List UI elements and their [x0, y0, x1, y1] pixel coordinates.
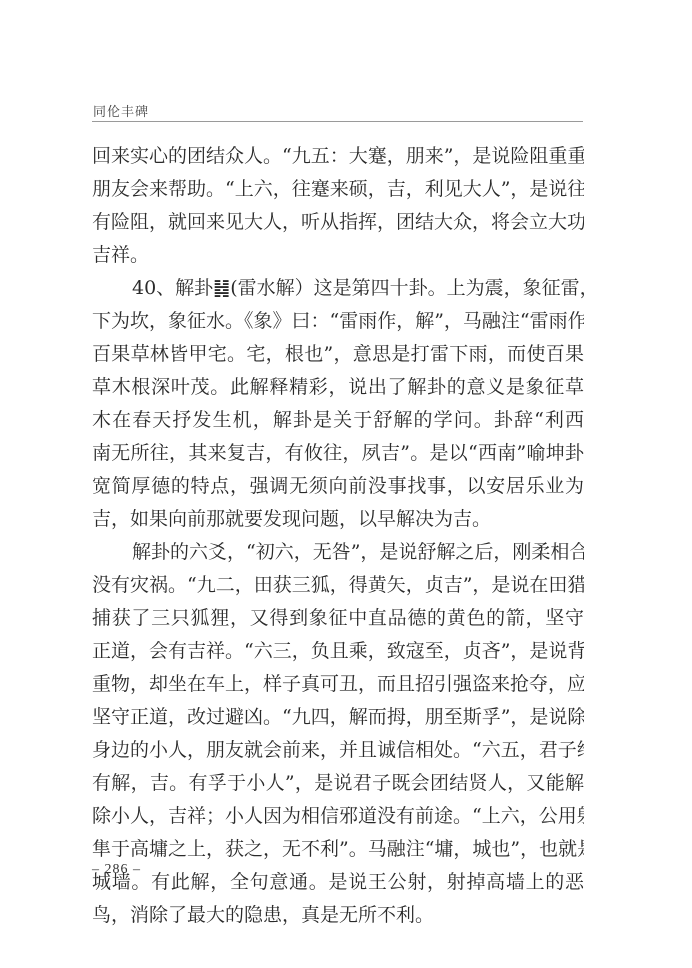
text-line: 身边的小人，朋友就会前来，并且诚信相处。“六五，君子维	[92, 734, 584, 767]
text-line: 宽简厚德的特点，强调无须向前没事找事，以安居乐业为	[92, 470, 584, 503]
text-line: 捕获了三只狐狸，又得到象征中直品德的黄色的箭，坚守	[92, 602, 584, 635]
text-line: 重物，却坐在车上，样子真可丑，而且招引强盗来抢夺，应	[92, 668, 584, 701]
text-line: 有解，吉。有孚于小人”，是说君子既会团结贤人，又能解	[92, 767, 584, 800]
text-line: 鸟，消除了最大的隐患，真是无所不利。	[92, 899, 584, 932]
text-line: 吉，如果向前那就要发现问题，以早解决为吉。	[92, 503, 584, 536]
page-number: – 286 –	[92, 862, 141, 878]
text-line: 正道，会有吉祥。“六三，负且乘，致寇至，贞吝”，是说背负	[92, 635, 584, 668]
text-line: 没有灾祸。“九二，田获三狐，得黄矢，贞吉”，是说在田猎中	[92, 569, 584, 602]
body-text: 回来实心的团结众人。“九五：大蹇，朋来”，是说险阻重重， 朋友会来帮助。“上六，…	[92, 140, 584, 932]
header-rule	[92, 121, 583, 122]
section-heading-line: 40、解卦䷧(雷水解）这是第四十卦。上为震，象征雷，	[92, 272, 584, 305]
text-line: 除小人，吉祥；小人因为相信邪道没有前途。“上六，公用射	[92, 800, 584, 833]
text-line: 南无所往，其来复吉，有攸往，夙吉”。是以“西南”喻坤卦	[92, 437, 584, 470]
text-line: 回来实心的团结众人。“九五：大蹇，朋来”，是说险阻重重，	[92, 140, 584, 173]
text-line: 百果草林皆甲宅。宅，根也”，意思是打雷下雨，而使百果	[92, 338, 584, 371]
text-line: 有险阻，就回来见大人，听从指挥，团结大众，将会立大功，	[92, 206, 584, 239]
running-title: 同伦丰碑	[93, 101, 149, 120]
text-line: 下为坎，象征水。《象》曰：“雷雨作，解”，马融注“雷雨作，而	[92, 305, 584, 338]
text-line: 吉祥。	[92, 239, 584, 272]
text-line: 城墙。有此解，全句意通。是说王公射，射掉高墙上的恶	[92, 866, 584, 899]
text-line: 朋友会来帮助。“上六，往蹇来硕，吉，利见大人”，是说往前	[92, 173, 584, 206]
text-line: 木在春天抒发生机，解卦是关于舒解的学问。卦辞“利西	[92, 404, 584, 437]
text-line: 坚守正道，改过避凶。“九四，解而拇，朋至斯孚”，是说除去	[92, 701, 584, 734]
text-line: 解卦的六爻，“初六，无咎”，是说舒解之后，刚柔相合，	[92, 536, 584, 569]
text-line: 隼于高墉之上，获之，无不利”。马融注“墉，城也”，也就是	[92, 833, 584, 866]
text-line: 草木根深叶茂。此解释精彩，说出了解卦的意义是象征草	[92, 371, 584, 404]
